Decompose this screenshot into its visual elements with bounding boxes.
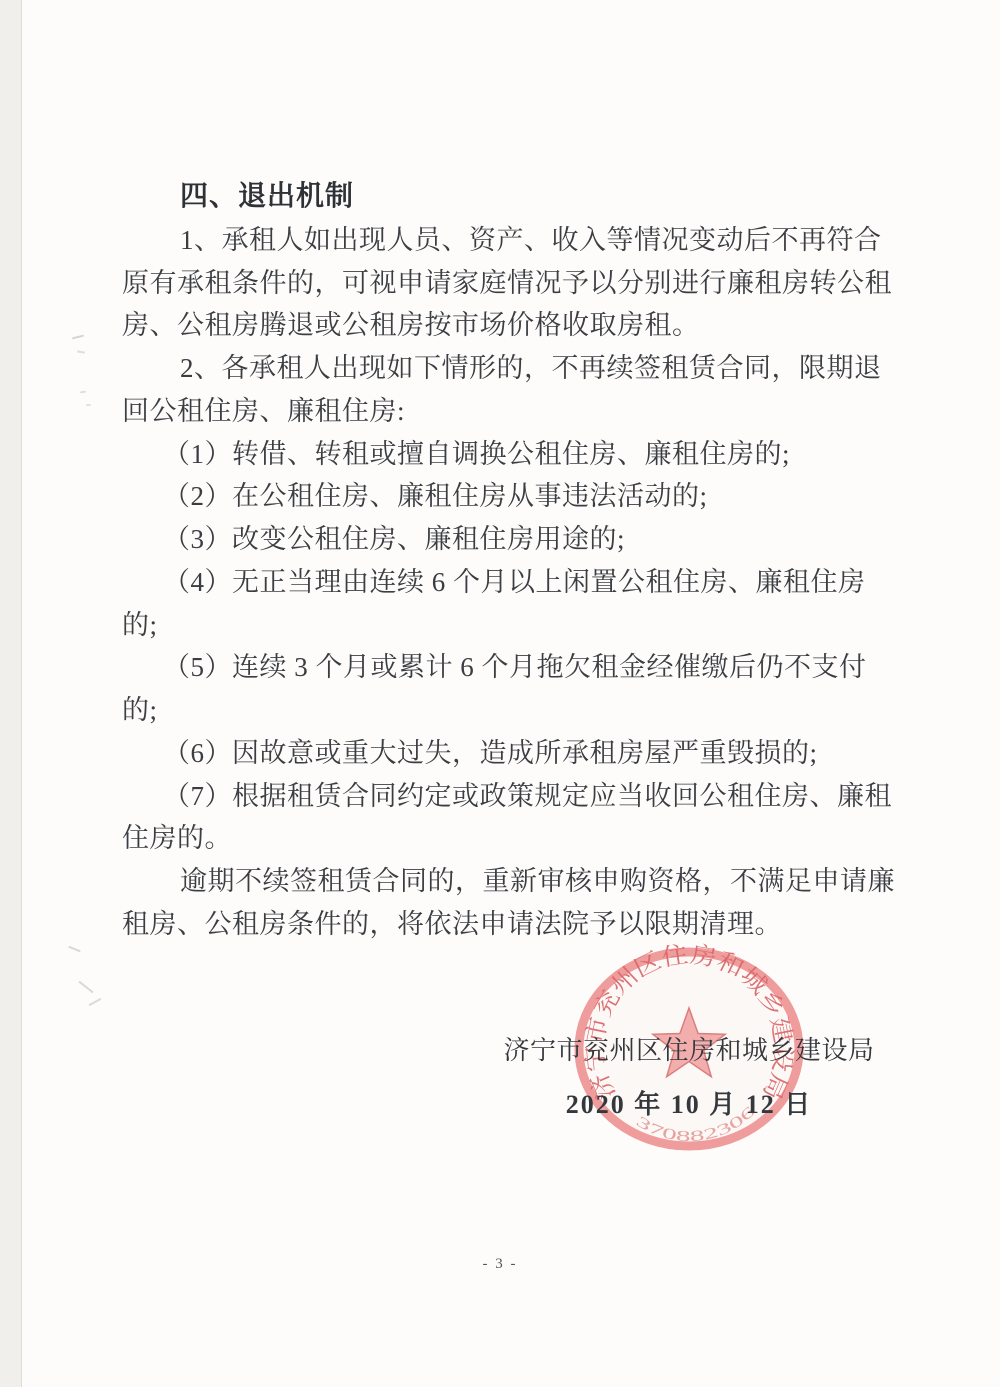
document-body: 四、退出机制 1、承租人如出现人员、资产、收入等情况变动后不再符合原有承租条件的… <box>122 176 884 946</box>
document-heading: 四、退出机制 <box>122 176 884 219</box>
document-line: （6）因故意或重大过失，造成所承租房屋严重毁损的; <box>122 732 884 775</box>
document-line: （4）无正当理由连续 6 个月以上闲置公租住房、廉租住房 <box>122 561 884 604</box>
signature-agency: 济宁市兖州区住房和城乡建设局 <box>498 1030 880 1067</box>
document-line: 逾期不续签租赁合同的，重新审核申购资格，不满足申请廉 <box>122 860 884 903</box>
signature-date: 2020 年 10 月 12 日 <box>498 1084 880 1121</box>
document-line: （2）在公租住房、廉租住房从事违法活动的; <box>122 475 884 518</box>
document-line: 1、承租人如出现人员、资产、收入等情况变动后不再符合 <box>122 219 884 262</box>
scan-artifact <box>86 404 91 406</box>
document-line: 的; <box>122 689 884 732</box>
page-number: - 3 - <box>450 1256 550 1273</box>
page-edge-line <box>21 0 22 1387</box>
signature-block: 济宁市兖州区住房和城乡建设局 2020 年 10 月 12 日 <box>498 1030 880 1121</box>
document-line: 的; <box>122 604 884 647</box>
document-line: 住房的。 <box>122 817 884 860</box>
document-line: 房、公租房腾退或公租房按市场价格收取房租。 <box>122 304 884 347</box>
document-line: （3）改变公租住房、廉租住房用途的; <box>122 518 884 561</box>
document-line: （7）根据租赁合同约定或政策规定应当收回公租住房、廉租 <box>122 775 884 818</box>
document-line: 原有承租条件的，可视申请家庭情况予以分别进行廉租房转公租 <box>122 262 884 305</box>
document-line: 2、各承租人出现如下情形的，不再续签租赁合同，限期退 <box>122 347 884 390</box>
scanned-document: 济宁市兖州区住房和城乡建设局 370882306 四、退出机制 1、承租人如出现… <box>0 0 1000 1387</box>
document-line: 回公租住房、廉租住房: <box>122 390 884 433</box>
document-line: （5）连续 3 个月或累计 6 个月拖欠租金经催缴后仍不支付 <box>122 646 884 689</box>
document-line: （1）转借、转租或擅自调换公租住房、廉租住房的; <box>122 433 884 476</box>
document-line: 租房、公租房条件的，将依法申请法院予以限期清理。 <box>122 903 884 946</box>
